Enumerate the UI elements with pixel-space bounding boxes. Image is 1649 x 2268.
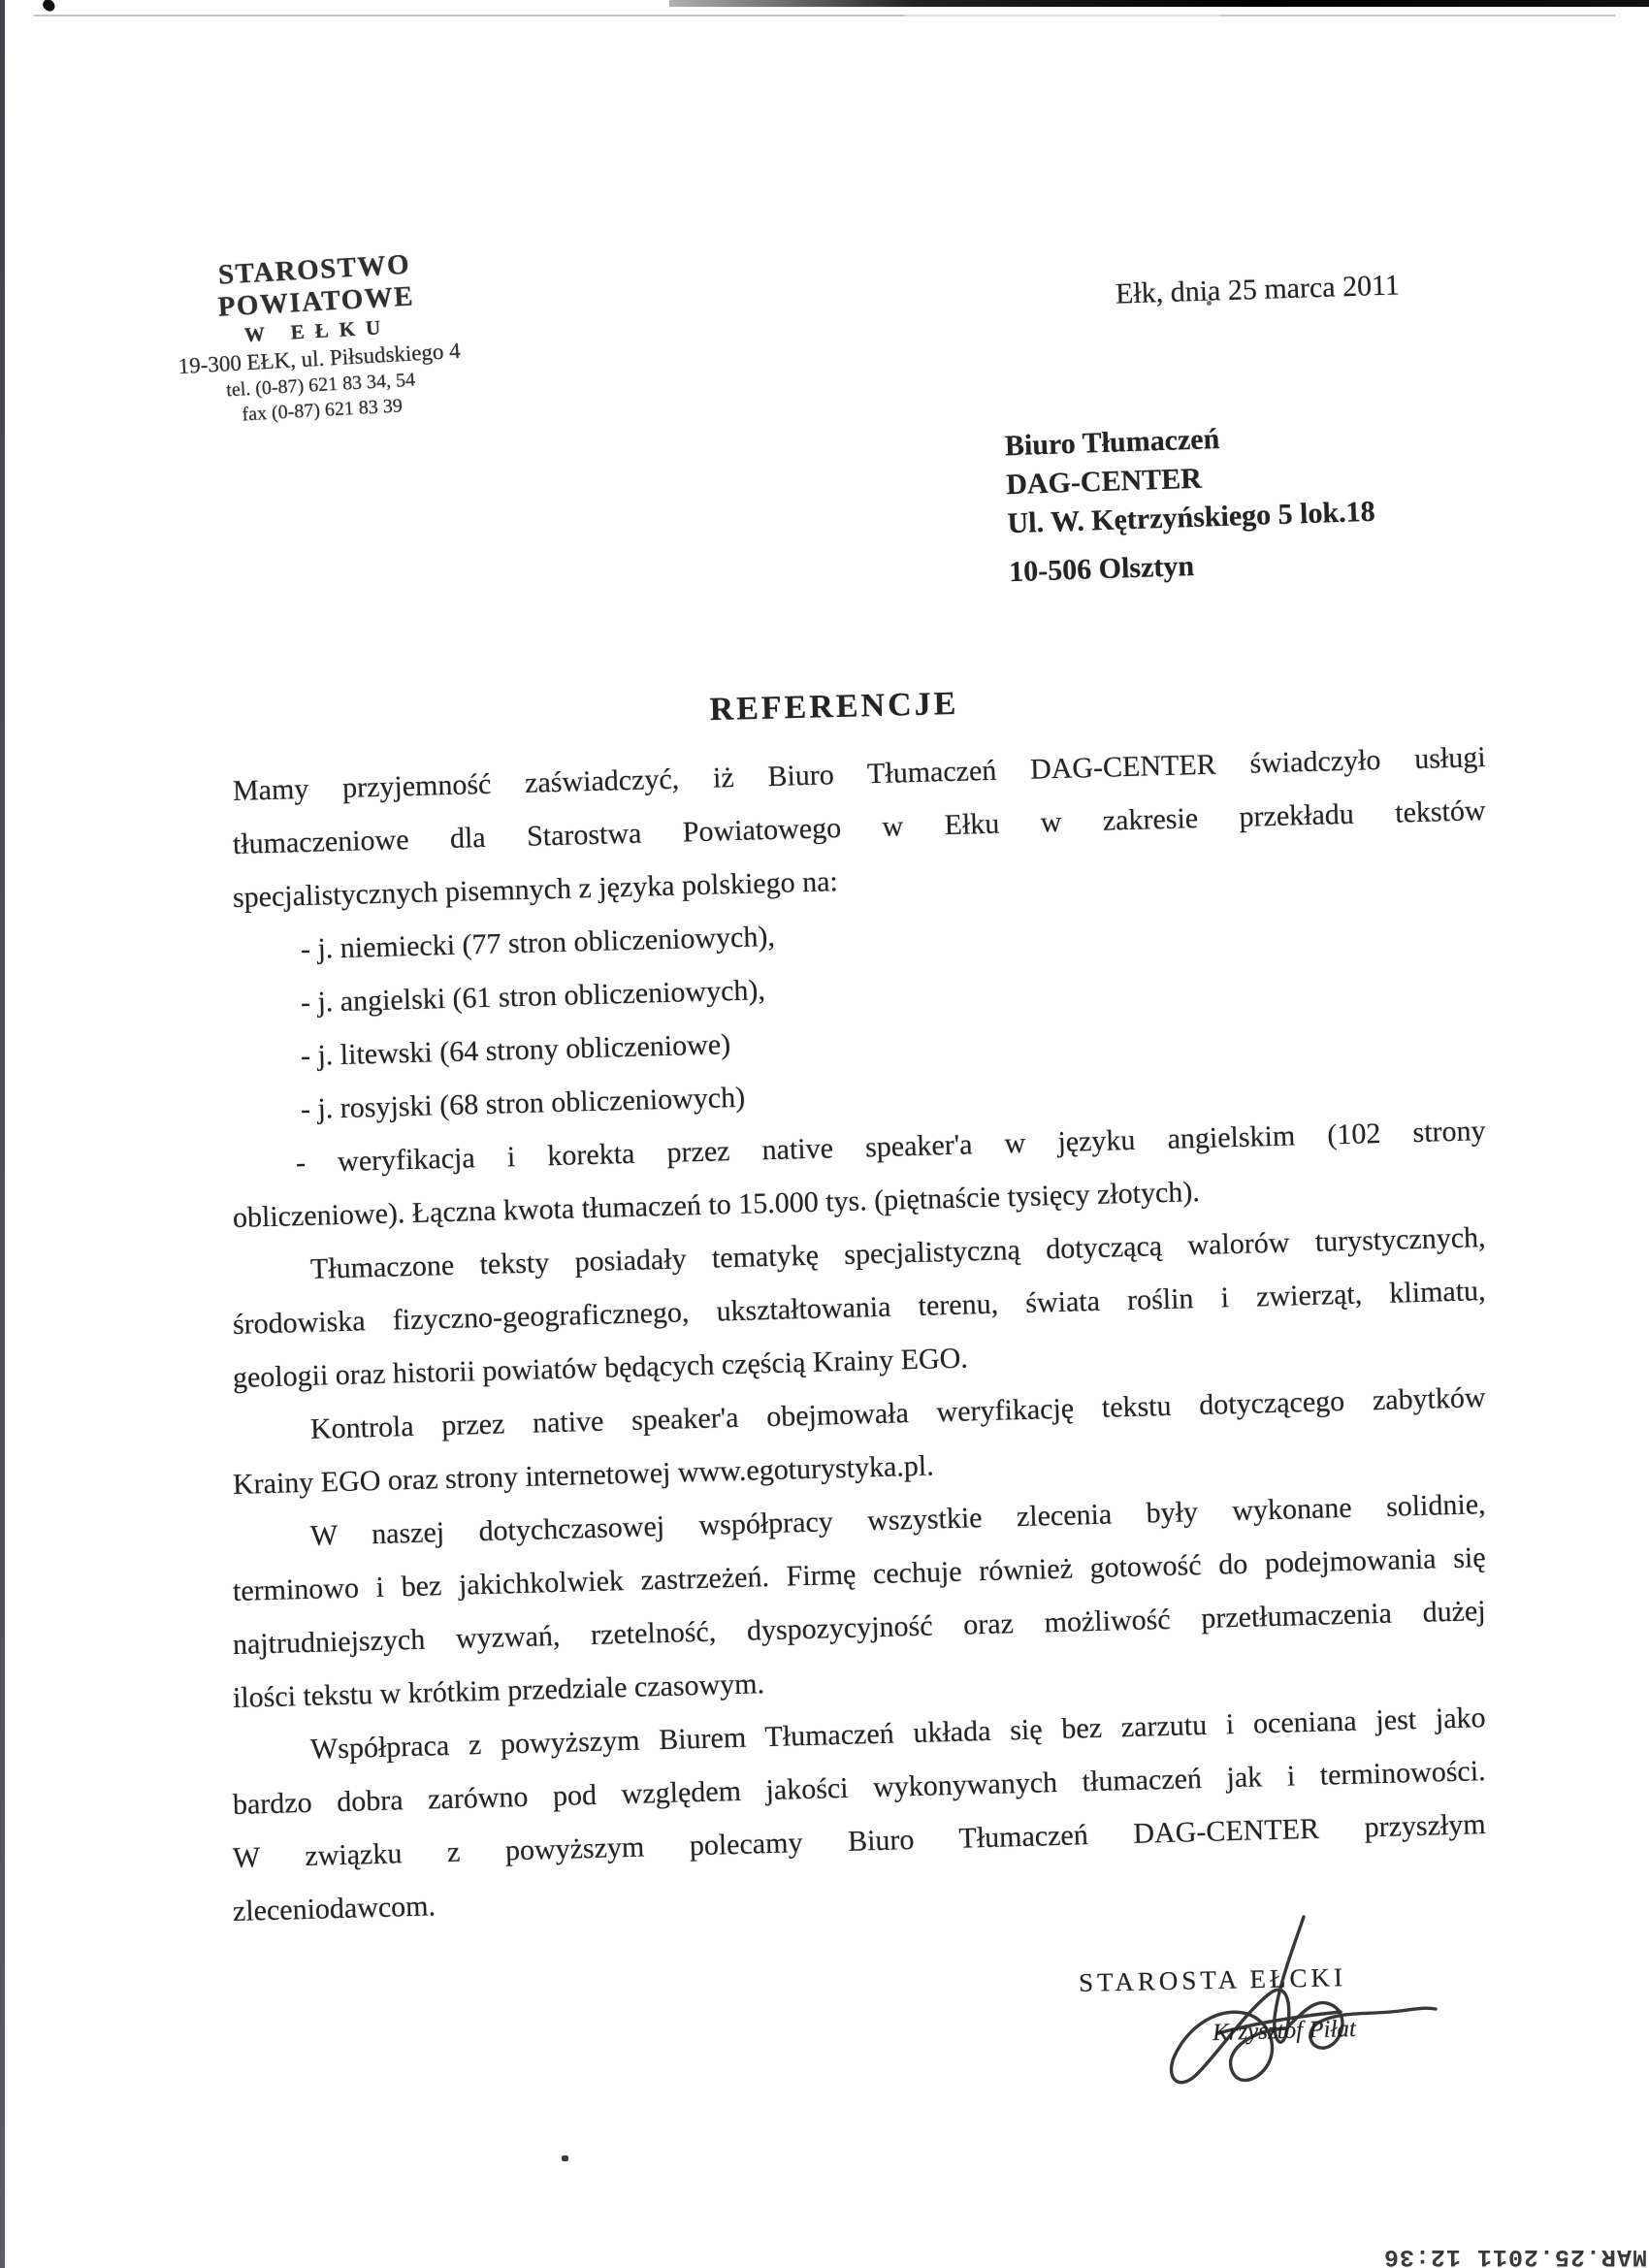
scan-edge-strip xyxy=(0,0,5,2268)
letter-title: REFERENCJE xyxy=(209,673,1461,741)
scan-hairline xyxy=(34,15,1615,16)
fax-timestamp: MAR.25.2011 12:36 xyxy=(1366,2243,1647,2268)
handwritten-signature xyxy=(1160,1913,1461,2107)
letter-body: Mamy przyjemność zaświadczyć, iż Biuro T… xyxy=(233,764,1486,1938)
scan-speck xyxy=(41,0,57,14)
scan-top-bar xyxy=(669,0,1649,7)
date-line: Ełk, dnia 25 marca 2011 xyxy=(1115,269,1401,310)
recipient-address: Biuro TłumaczeńDAG-CENTERUl. W. Kętrzyńs… xyxy=(1004,415,1377,592)
recipient-address-line: 10-506 Olsztyn xyxy=(1009,541,1377,593)
scan-speck xyxy=(562,2155,568,2161)
sender-stamp: STAROSTWO POWIATOWE W EŁKU 19-300 EŁK, u… xyxy=(119,243,516,434)
scanned-letter-page: STAROSTWO POWIATOWE W EŁKU 19-300 EŁK, u… xyxy=(0,0,1649,2268)
